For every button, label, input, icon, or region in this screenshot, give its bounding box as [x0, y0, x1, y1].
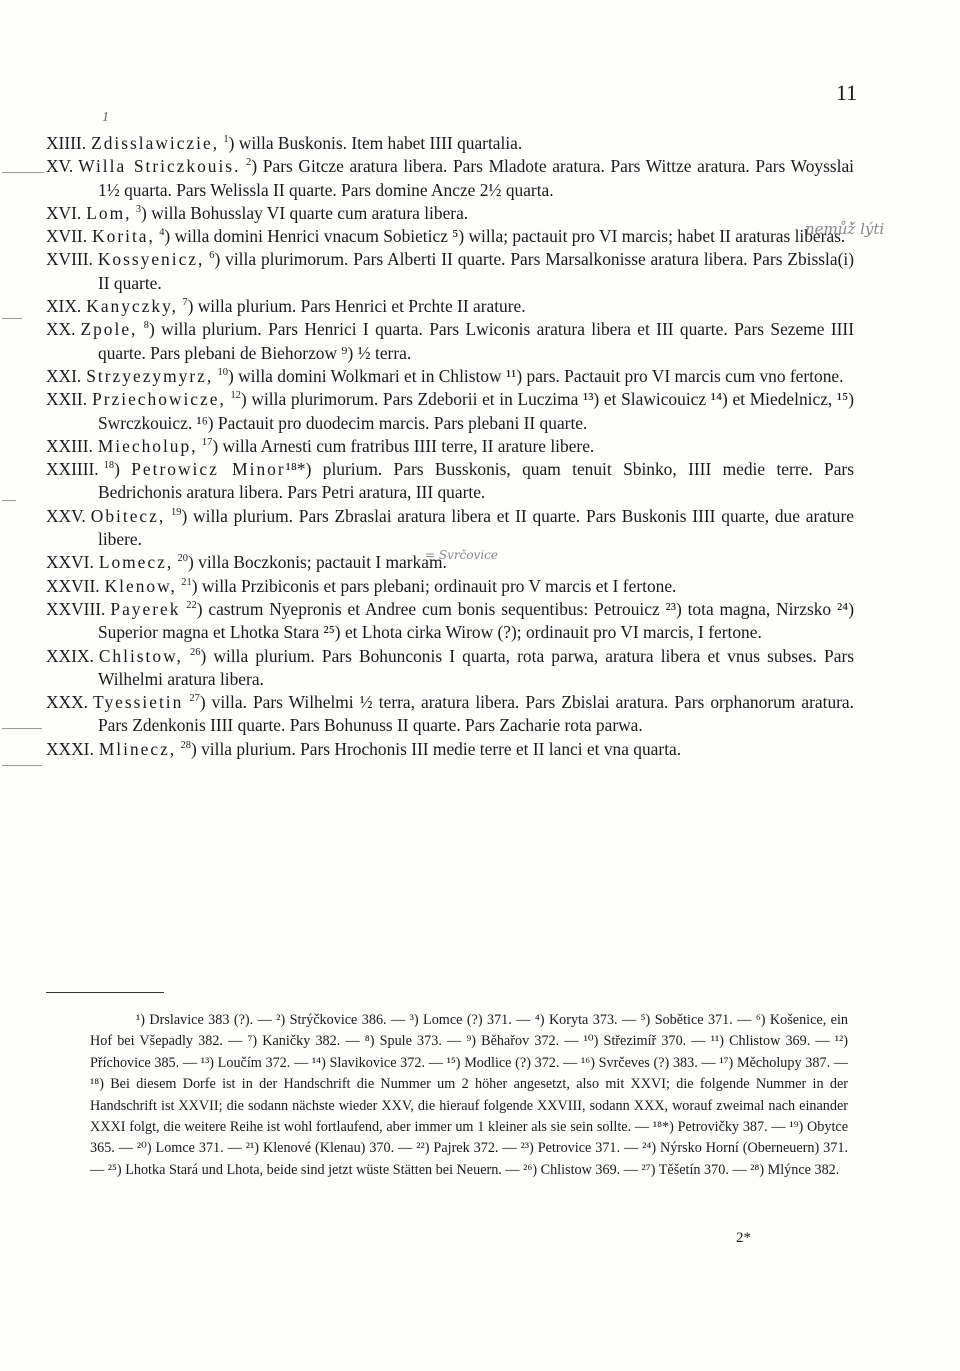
entry-item: XXVII.Klenow, 21) willa Przibiconis et p…	[46, 575, 854, 598]
entry-item: XXIII.Miecholup, 17) willa Arnesti cum f…	[46, 435, 854, 458]
entry-item: XVI.Lom, 3) willa Bohusslay VI quarte cu…	[46, 202, 854, 225]
entry-item: XIX.Kanyczky, 7) willa plurium. Pars Hen…	[46, 295, 854, 318]
entry-item: XIIII.Zdisslawiczie, 1) willa Buskonis. …	[46, 132, 854, 155]
entry-item: XXIIII.18) Petrowicz Minor¹⁸*) plurium. …	[46, 458, 854, 505]
entry-item: XXXI.Mlinecz, 28) villa plurium. Pars Hr…	[46, 738, 854, 761]
margin-dash	[2, 500, 16, 501]
pencil-mark: 1	[102, 110, 109, 126]
entry-item: XXVI.Lomecz, 20) villa Boczkonis; pactau…	[46, 551, 854, 574]
entry-item: XXX.Tyessietin 27) villa. Pars Wilhelmi …	[46, 691, 854, 738]
footnotes: ¹) Drslavice 383 (?). — ²) Strýčkovice 3…	[90, 1010, 848, 1181]
signature-mark: 2*	[736, 1230, 751, 1247]
document-page: 1 11 nemůž̌ lýti = Svrčovice XIIII.Zdiss…	[0, 0, 960, 1371]
margin-dash	[2, 172, 44, 173]
footnote-text: ¹) Drslavice 383 (?). — ²) Strýčkovice 3…	[90, 1010, 848, 1181]
entry-item: XXI.Strzyezymyrz, 10) willa domini Wolkm…	[46, 365, 854, 388]
entry-item: XVIII.Kossyenicz, 6) villa plurimorum. P…	[46, 248, 854, 295]
entry-item: XV.Willa Striczkouis. 2) Pars Gitcze ara…	[46, 155, 854, 202]
entry-item: XXIX.Chlistow, 26) willa plurium. Pars B…	[46, 645, 854, 692]
page-number: 11	[836, 80, 857, 106]
entry-item: XXV.Obitecz, 19) willa plurium. Pars Zbr…	[46, 505, 854, 552]
footnote-rule	[46, 992, 164, 993]
entry-item: XXII.Prziechowicze, 12) willa plurimorum…	[46, 388, 854, 435]
entry-item: XXVIII.Payerek 22) castrum Nyepronis et …	[46, 598, 854, 645]
village-list: XIIII.Zdisslawiczie, 1) willa Buskonis. …	[46, 132, 854, 761]
margin-dash	[2, 318, 22, 319]
entry-item: XVII.Korita, 4) willa domini Henrici vna…	[46, 225, 854, 248]
margin-dash	[2, 765, 42, 766]
entry-item: XX.Zpole, 8) willa plurium. Pars Henrici…	[46, 318, 854, 365]
margin-dash	[2, 728, 42, 729]
